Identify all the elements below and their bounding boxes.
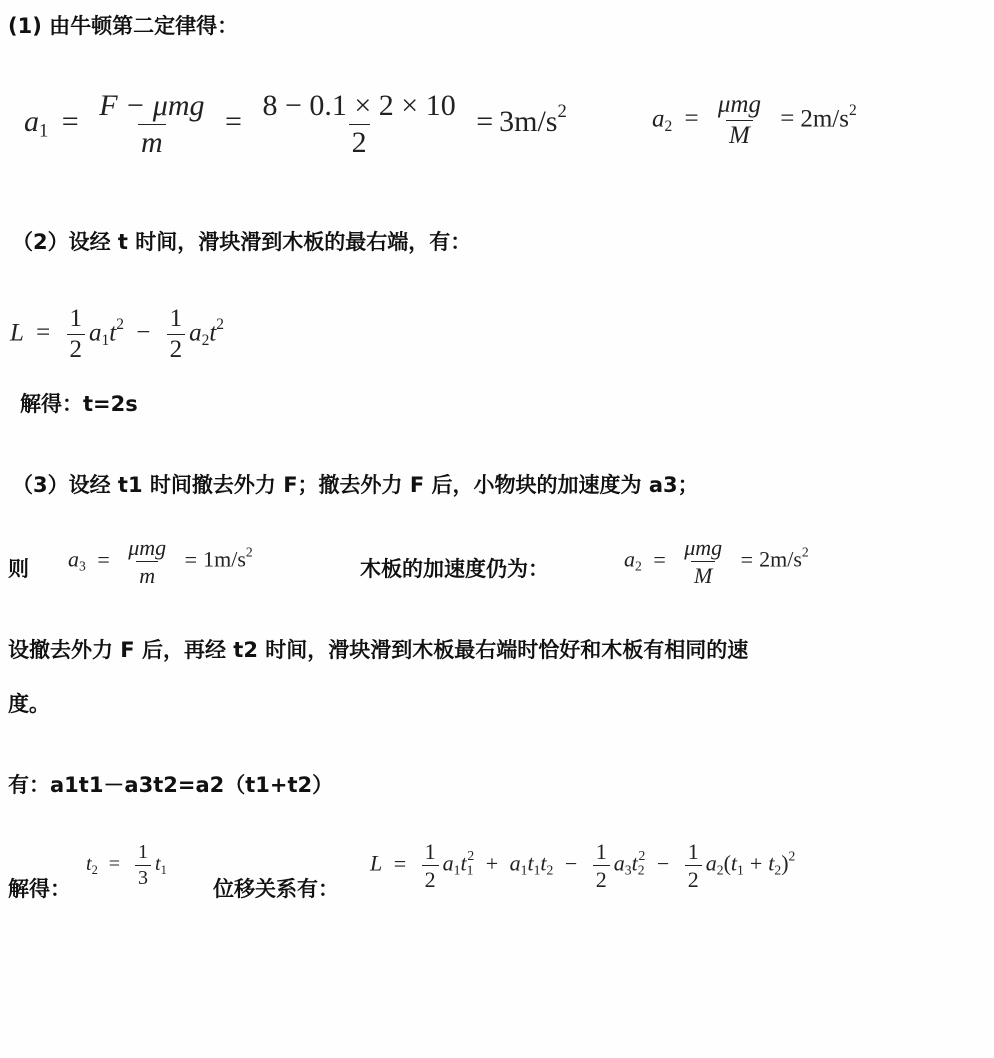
fraction: 1 2 bbox=[67, 306, 86, 364]
fraction: μmg M bbox=[681, 536, 725, 587]
equation-a3: a3 = μmg m =1m/s2 bbox=[68, 536, 253, 587]
part3-heading: （3）设经 t1 时间撤去外力 F；撤去外力 F 后，小物块的加速度为 a3； bbox=[12, 469, 699, 499]
paragraph-line-1: 设撤去外力 F 后，再经 t2 时间，滑块滑到木板最右端时恰好和木板有相同的速 bbox=[8, 634, 748, 664]
fraction: μmg m bbox=[125, 536, 169, 587]
equation-L: L = 1 2 a1t2 − 1 2 a2t2 bbox=[10, 306, 224, 364]
paragraph-line-2: 度。 bbox=[8, 688, 50, 718]
fraction: 8 − 0.1 × 2 × 10 2 bbox=[259, 90, 458, 158]
fraction: μmg M bbox=[715, 92, 764, 150]
fraction: 1 2 bbox=[685, 840, 702, 891]
displacement-label: 位移关系有： bbox=[213, 873, 339, 903]
equation-a2: a2 = μmg M =2m/s2 bbox=[652, 92, 857, 150]
part1-heading: (1) 由牛顿第二定律得： bbox=[8, 10, 238, 40]
equation-displacement: L = 1 2 a1t12 + a1t1t2 − 1 2 a3t22 − 1 2… bbox=[370, 840, 795, 891]
part2-heading: （2）设经 t 时间，滑块滑到木板的最右端，有： bbox=[12, 226, 471, 256]
fraction: 1 2 bbox=[422, 840, 439, 891]
fraction: 1 2 bbox=[593, 840, 610, 891]
fraction: 1 3 bbox=[135, 842, 151, 889]
fraction: 1 2 bbox=[167, 306, 186, 364]
equation-a1: a1 = F − μmg m = 8 − 0.1 × 2 × 10 2 =3m/… bbox=[24, 90, 567, 158]
fraction: F − μmg m bbox=[96, 90, 207, 158]
equation-t2: t2 = 1 3 t1 bbox=[86, 842, 167, 889]
velocity-equation: 有：a1t1－a3t2=a2（t1+t2） bbox=[8, 769, 333, 799]
solve-label: 解得： bbox=[8, 873, 71, 903]
then-label: 则 bbox=[8, 553, 29, 583]
part2-solution: 解得：t=2s bbox=[20, 388, 138, 418]
equation-a2-repeat: a2 = μmg M =2m/s2 bbox=[624, 536, 809, 587]
board-acceleration-label: 木板的加速度仍为： bbox=[360, 553, 549, 583]
